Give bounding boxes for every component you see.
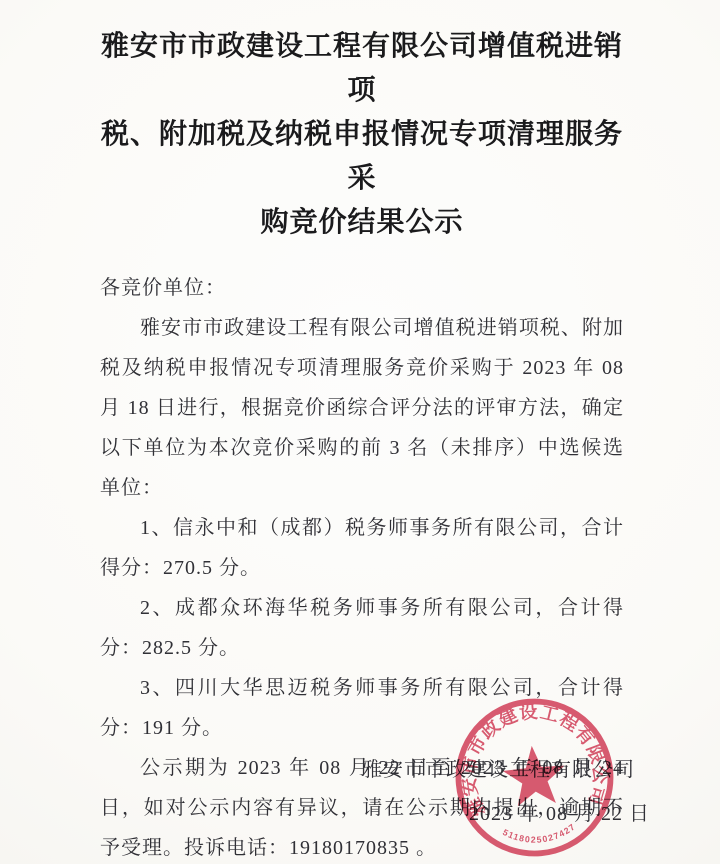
title-line-1: 雅安市市政建设工程有限公司增值税进销项: [100, 24, 624, 112]
title-line-3: 购竞价结果公示: [100, 200, 624, 244]
scanned-notice-page: 雅安市市政建设工程有限公司增值税进销项 税、附加税及纳税申报情况专项清理服务采 …: [0, 0, 720, 864]
salutation: 各竞价单位：: [100, 268, 624, 308]
document-title: 雅安市市政建设工程有限公司增值税进销项 税、附加税及纳税申报情况专项清理服务采 …: [100, 24, 624, 244]
company-seal: 雅安市市政建设工程有限公司 5118025027427: [444, 687, 625, 864]
result-item-1: 1、信永中和（成都）税务师事务所有限公司，合计得分：270.5 分。: [100, 508, 624, 588]
title-line-2: 税、附加税及纳税申报情况专项清理服务采: [100, 112, 624, 200]
result-item-2: 2、成都众环海华税务师事务所有限公司，合计得分：282.5 分。: [100, 588, 624, 668]
intro-paragraph: 雅安市市政建设工程有限公司增值税进销项税、附加税及纳税申报情况专项清理服务竞价采…: [100, 308, 624, 508]
seal-star-icon: [501, 743, 568, 807]
